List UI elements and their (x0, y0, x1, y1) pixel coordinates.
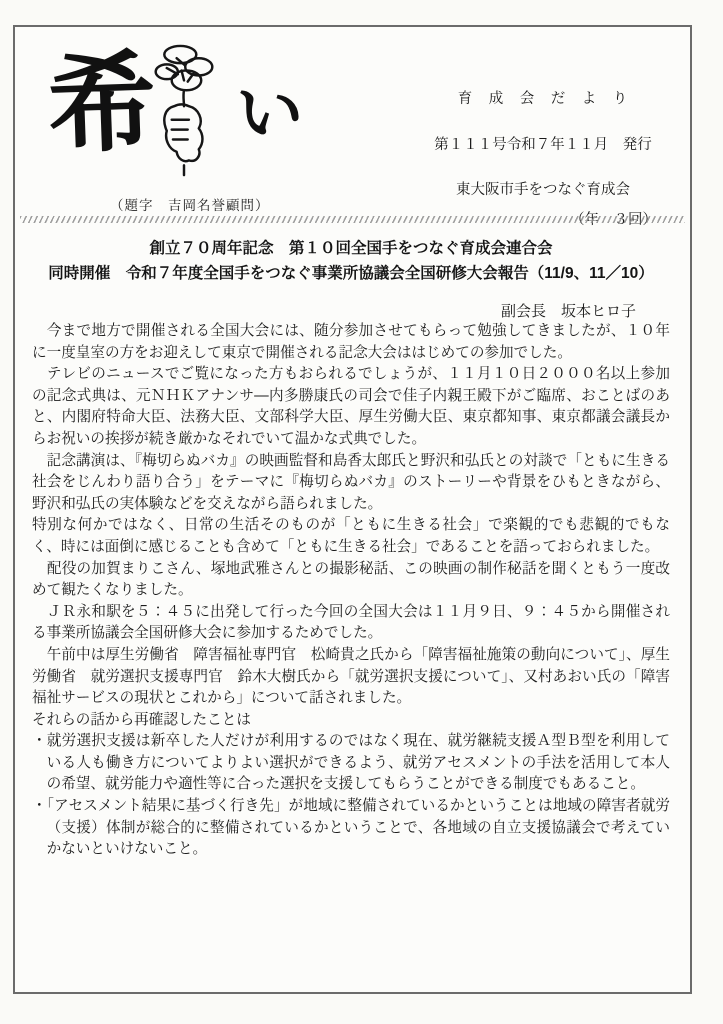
masthead-calligraphy-kana: い (235, 77, 304, 146)
scanned-newsletter-page: 希 い （題字 吉岡名誉顧問） 育 成 会 だ よ り 第１１１号令和７年１１月… (0, 0, 723, 1024)
masthead-caption: （題字 吉岡名誉顧問） (110, 194, 270, 214)
newsletter-name: 育 成 会 だ よ り (415, 87, 671, 108)
hatched-divider (20, 216, 685, 223)
organization-name: 東大阪市手をつなぐ育成会 (415, 178, 671, 199)
article-title-line2: 同時開催 令和７年度全国手をつなぐ事業所協議会全国研修大会報告（11/9、11／… (32, 262, 670, 285)
paragraph-5-lead-in: それらの話から再確認したことは (32, 710, 670, 732)
issue-number-line: 第１１１号令和７年１１月 発行 (415, 133, 671, 154)
hand-holding-bonsai-illustration (143, 41, 225, 201)
paragraph-3: 記念講演は、『梅切らぬバカ』の映画監督和島香太郎氏と野沢和弘氏との対談で「ともに… (32, 451, 670, 602)
paragraph-4: ＪＲ永和駅を５：４５に出発して行った今回の全国大会は１１月９日、９：４５から開催… (32, 602, 670, 710)
article-body: 創立７０周年記念 第１０回全国手をつなぐ育成会連合会 同時開催 令和７年度全国手… (32, 237, 670, 861)
paragraph-2: テレビのニュースでご覧になった方もおられるでしょうが、１１月１０日２０００名以上… (32, 364, 670, 450)
page-border-frame: 希 い （題字 吉岡名誉顧問） 育 成 会 だ よ り 第１１１号令和７年１１月… (13, 25, 692, 994)
paragraph-7-bullet: ・「アセスメント結果に基づく行き先」が地域に整備されているかということは地域の障… (32, 796, 670, 861)
paragraph-1: 今まで地方で開催される全国大会には、随分参加させてもらって勉強してきましたが、１… (32, 321, 670, 364)
masthead-right-block: 育 成 会 だ よ り 第１１１号令和７年１１月 発行 東大阪市手をつなぐ育成会… (415, 87, 671, 229)
article-title-line1: 創立７０周年記念 第１０回全国手をつなぐ育成会連合会 (32, 237, 670, 260)
paragraph-6-bullet: ・就労選択支援は新卒した人だけが利用するのではなく現在、就労継続支援Ａ型Ｂ型を利… (32, 731, 670, 796)
article-byline: 副会長 坂本ヒロ子 (32, 300, 670, 321)
masthead-calligraphy-kanji: 希 (46, 43, 158, 165)
